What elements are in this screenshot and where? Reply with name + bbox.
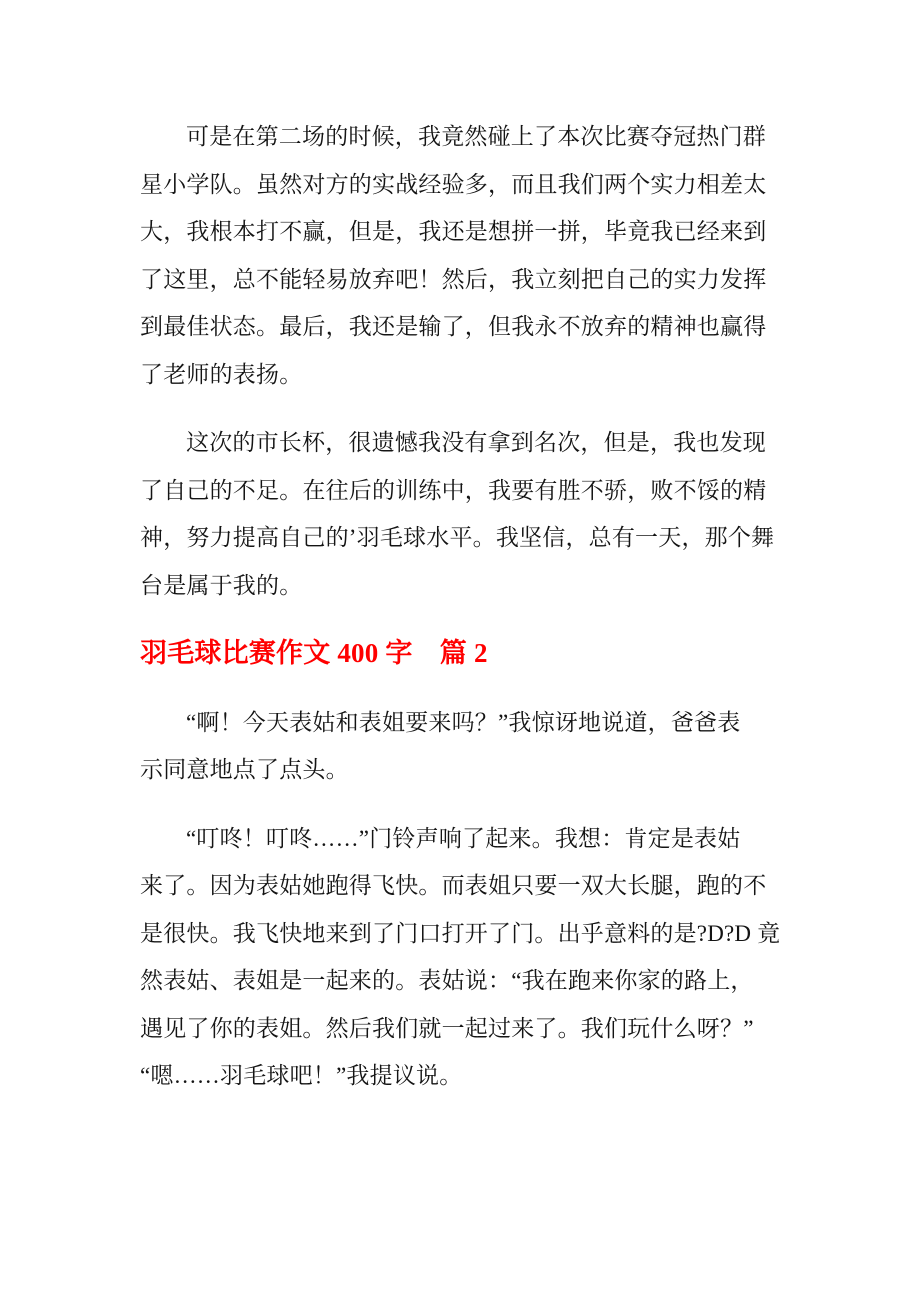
essay-paragraph: “啊！今天表姑和表姐要来吗？”我惊讶地说道，爸爸表 示同意地点了点头。 [140, 699, 770, 794]
essay-paragraph: 可是在第二场的时候，我竟然碰上了本次比赛夺冠热门群 星小学队。虽然对方的实战经验… [140, 113, 770, 398]
essay-paragraph: 这次的市长杯，很遗憾我没有拿到名次，但是，我也发现 了自己的不足。在往后的训练中… [140, 419, 770, 609]
essay-paragraph: “叮咚！叮咚……”门铃声响了起来。我想：肯定是表姑 来了。因为表姑她跑得飞快。而… [140, 815, 770, 1100]
essay-section-heading: 羽毛球比赛作文 400 字 篇 2 [140, 630, 770, 678]
document-page: 可是在第二场的时候，我竟然碰上了本次比赛夺冠热门群 星小学队。虽然对方的实战经验… [0, 0, 920, 1302]
